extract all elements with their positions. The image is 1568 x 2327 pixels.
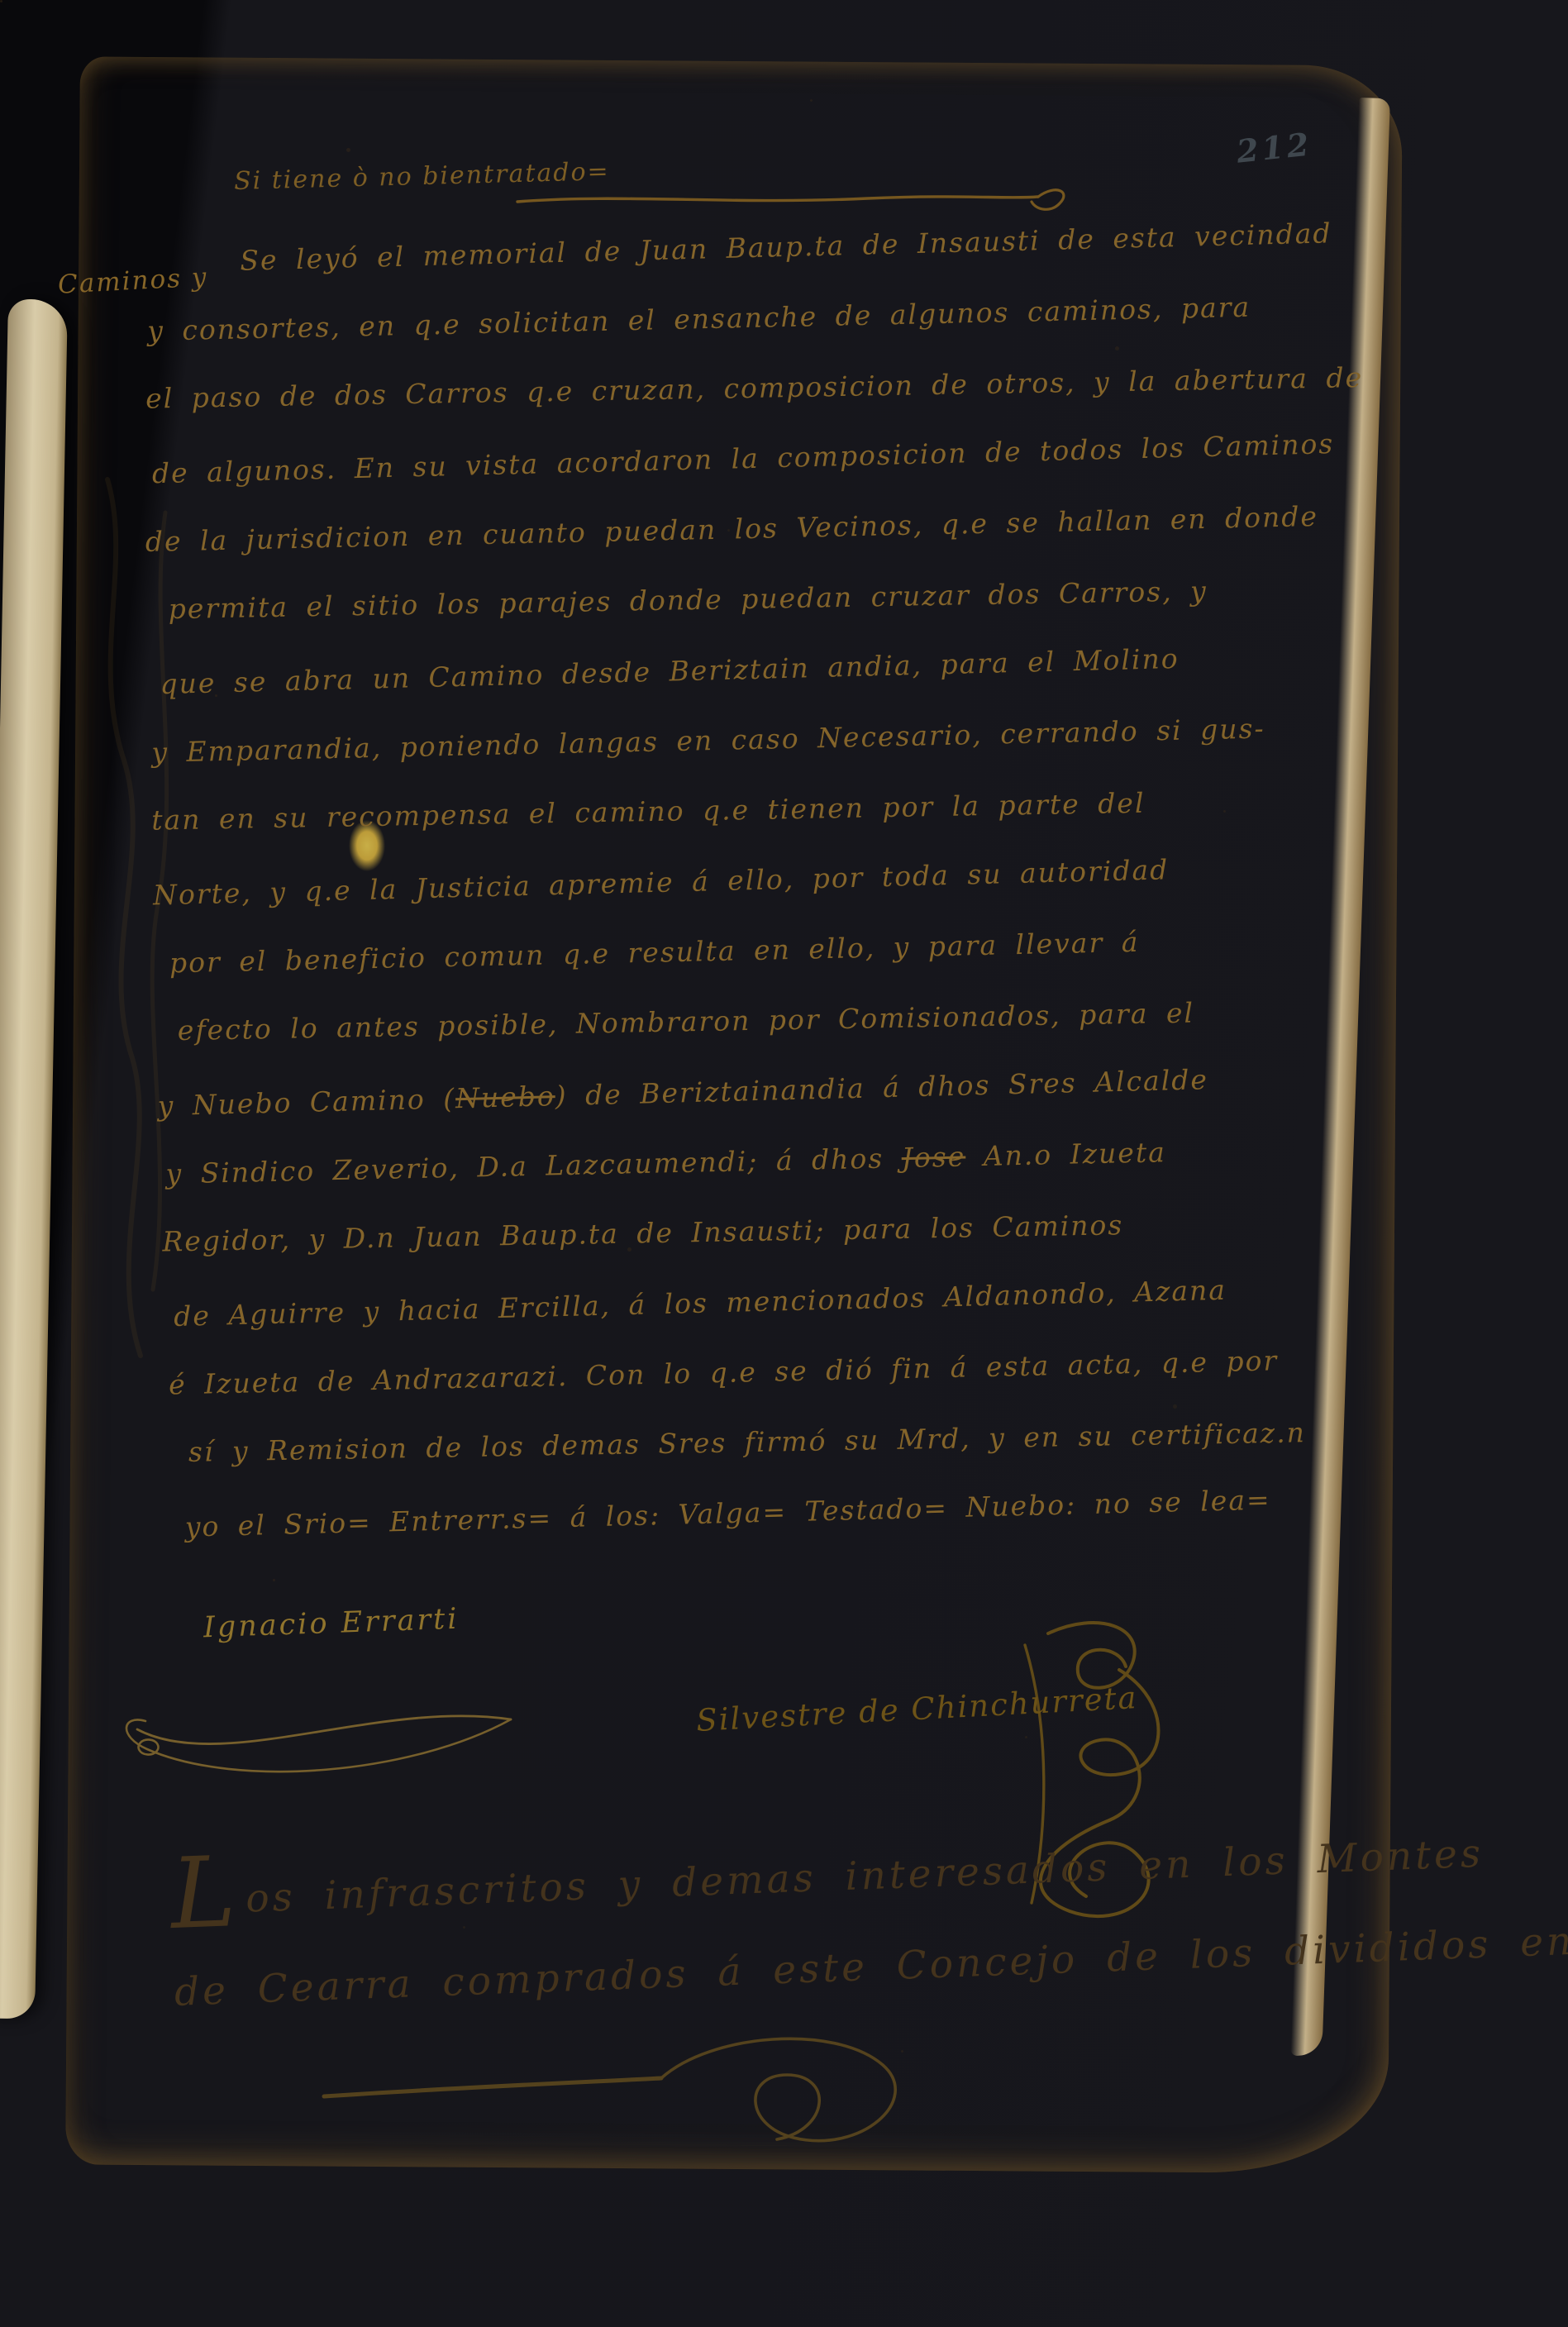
adjacent-page-sliver [0,299,68,2019]
struck-word: Jose [901,1140,965,1174]
acta-line-segment: y Nuebo Camino ( [157,1082,455,1122]
header-rule-stroke [512,177,1099,217]
signature-flourish-left [98,1650,544,1791]
closing-rubric-flourish [314,1991,975,2172]
paper-specks [0,0,2,2]
acta-text-block: Se leyó el memorial de Juan Baup.ta de I… [139,218,1391,1580]
struck-word: Nuebo [455,1080,556,1114]
acta-line-segment: An.o Izueta [965,1136,1166,1172]
manuscript-scan: Si tiene ò no bientratado= 212 Caminos y… [0,0,1568,2327]
folio-number: 212 [1235,125,1314,169]
